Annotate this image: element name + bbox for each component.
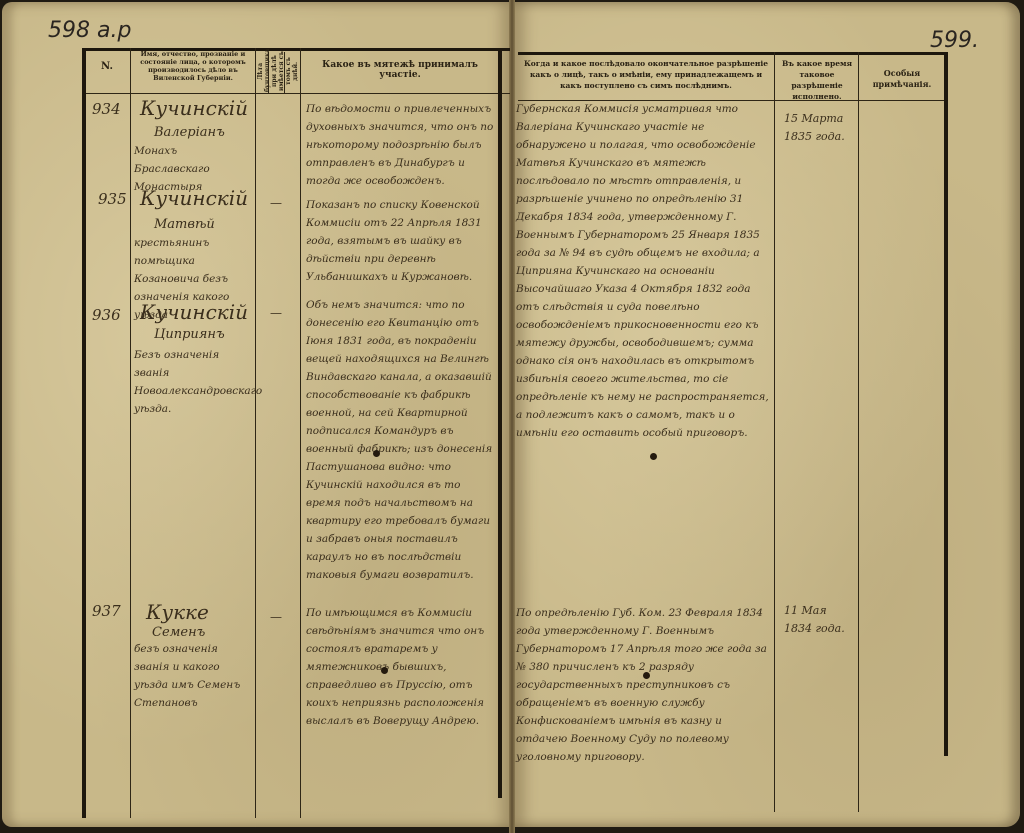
entry-934-number: 934: [92, 100, 121, 118]
ink-blot: [650, 453, 657, 460]
header-bottom-rule-left: [84, 93, 510, 94]
entry-935-days: —: [270, 196, 282, 210]
header-days: Лѣта бунтовщика при дѣлѣ имѣется съ томъ…: [257, 50, 297, 92]
ink-blot: [643, 672, 650, 679]
header-executed: Въ какое время таковое разрѣшеніе исполн…: [776, 58, 858, 102]
entry-937-participation: По имѣющимся въ Коммисіи свѣдѣніямъ знач…: [306, 604, 496, 730]
entry-935-number: 935: [98, 190, 127, 208]
entry-936-participation: Объ немъ значится: что по донесенію его …: [306, 296, 496, 584]
table-left-border: [82, 48, 86, 818]
entry-934-resolution: Губернская Коммисія усматривая что Валер…: [516, 100, 772, 442]
entry-936-days: —: [270, 306, 282, 320]
ink-blot: [381, 667, 388, 674]
folio-right: 599.: [930, 28, 979, 53]
entry-934-surname: Кучинскій: [140, 96, 248, 120]
table-right-border: [944, 52, 948, 756]
header-remarks: Особыя примѣчанія.: [860, 68, 944, 90]
ink-blot: [373, 450, 380, 457]
entry-934-given-name: Валеріанъ: [154, 124, 225, 142]
col-divider-name: [255, 48, 256, 818]
header-top-rule-right: [518, 52, 948, 55]
entry-937-surname: Кукке: [146, 600, 209, 624]
entry-936-surname: Кучинскій: [140, 300, 248, 324]
header-resolution: Когда и какое послѣдовало окончательное …: [520, 58, 772, 91]
header-no: N.: [84, 62, 130, 72]
entry-936-number: 936: [92, 306, 121, 324]
entry-936-given-name: Циприянъ: [154, 326, 225, 344]
col-divider-no: [130, 48, 131, 818]
book-spine: [509, 0, 515, 833]
header-participation: Какое въ мятежѣ принималъ участіе.: [302, 60, 498, 80]
col-divider-days: [300, 48, 301, 818]
table-right-border-left: [498, 48, 502, 798]
header-name: Имя, отчество, прозваніе и состояніе лиц…: [133, 50, 253, 82]
entry-935-surname: Кучинскій: [140, 186, 248, 210]
col-divider-resolution: [774, 52, 775, 812]
folio-left: 598 a.p: [48, 18, 131, 43]
entry-934-participation: По вѣдомости о привлеченныхъ духовныхъ з…: [306, 100, 496, 190]
entry-937-days: —: [270, 610, 282, 624]
entry-935-given-name: Матвѣй: [154, 216, 215, 234]
entry-937-executed: 11 Мая 1834 года.: [784, 602, 856, 638]
entry-937-resolution: По опредѣленію Губ. Ком. 23 Февраля 1834…: [516, 604, 772, 766]
entry-937-number: 937: [92, 602, 121, 620]
col-divider-executed: [858, 52, 859, 812]
entry-934-executed: 15 Марта 1835 года.: [784, 110, 856, 146]
entry-936-status: Безъ означенія званія Новоалександровска…: [134, 346, 252, 418]
entry-935-participation: Показанъ по списку Ковенской Коммисіи от…: [306, 196, 496, 286]
entry-937-status: безъ означенія званія и какого уѣзда имъ…: [134, 640, 252, 712]
